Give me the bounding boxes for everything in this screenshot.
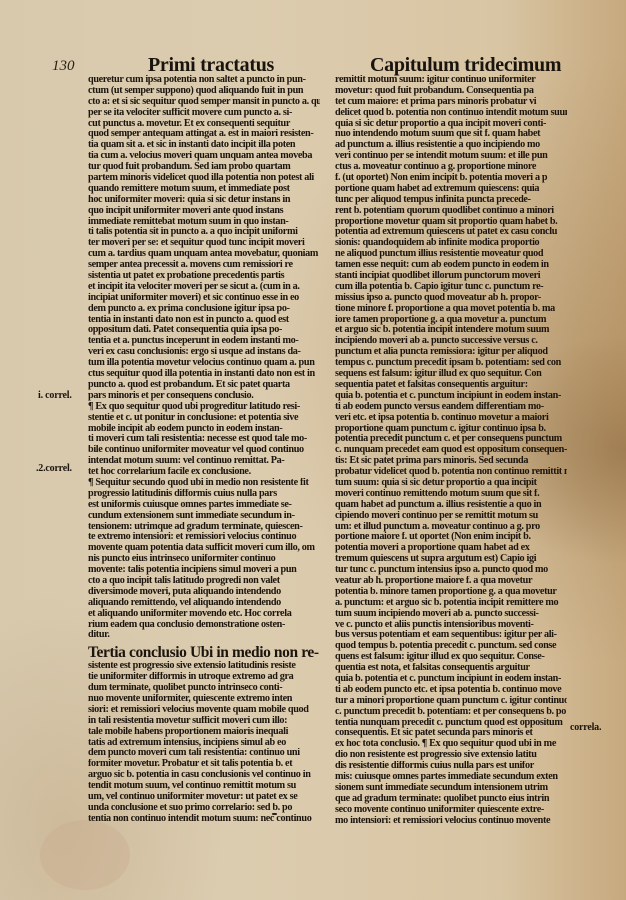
text-line: iore tamen proportione g. a qua movetur … xyxy=(335,315,567,326)
text-line: tur tunc c. punctum intensius ipso a. pu… xyxy=(335,565,567,576)
text-line: tale mobile habens proportionem maioris … xyxy=(88,727,320,738)
text-line: potentia precedit punctum c. et per cons… xyxy=(335,434,567,445)
text-line: dem puncto moveri cum tali resistentia: … xyxy=(88,748,320,759)
text-line: cum illa potentia b. Capio igitur tunc c… xyxy=(335,282,567,293)
text-line: tet hoc correlarium facile ex conclusion… xyxy=(88,467,320,478)
text-line: per se ita velociter sufficit movere cum… xyxy=(88,108,320,119)
text-line: tremum quiescens ut supra argutum est) C… xyxy=(335,554,567,565)
text-line: et arguo sic b. potentia incipit intende… xyxy=(335,325,567,336)
text-line: cum a. tardius quam unquam antea movebat… xyxy=(88,249,320,260)
text-line: aliquando remittendo, vel aliquando inte… xyxy=(88,598,320,609)
text-line: quia si sic detur proportio a qua incipi… xyxy=(335,119,567,130)
text-line: cundum extensionem sunt immediate secund… xyxy=(88,511,320,522)
right-text-column: remittit motum suum: igitur continuo uni… xyxy=(335,75,567,826)
text-line: stanti incipiat quodlibet illorum puncto… xyxy=(335,271,567,282)
text-line: tamen esse nequit: cum ab eodem puncto i… xyxy=(335,260,567,271)
text-line: tum suum incipiendo moveri ab a. puncto … xyxy=(335,609,567,620)
text-line: tensionem: utrimque ad gradum terminate,… xyxy=(88,522,320,533)
ink-speck xyxy=(272,813,277,815)
text-line: ter moveri per se: et sequitur quod tunc… xyxy=(88,238,320,249)
running-head-left: Primi tractatus xyxy=(148,54,274,77)
text-line: veri continuo per se intendit motum suum… xyxy=(335,151,567,162)
margin-note-second-corollary: .2.correl. xyxy=(36,463,72,474)
text-line: sequentia patet et falsitas consequentis… xyxy=(335,380,567,391)
text-line: et incipit ita velociter moveri per se s… xyxy=(88,282,320,293)
running-head-right: Capitulum tridecimum xyxy=(370,54,561,77)
text-line: um: et illud punctum a. moveatur continu… xyxy=(335,522,567,533)
text-line: c. punctum precedit b. potentiam: et per… xyxy=(335,707,567,718)
text-line: potentia b. minore tamen proportione g. … xyxy=(335,587,567,598)
text-line: mobile incipit ab eodem puncto in eodem … xyxy=(88,424,320,435)
text-line: tentia et a. punctus inceperunt in eodem… xyxy=(88,336,320,347)
margin-note-first-corollary: i. correl. xyxy=(38,390,72,401)
text-line: portione quam habet ad extremum quiescen… xyxy=(335,184,567,195)
text-line: ve c. puncto et aliis punctis intensiori… xyxy=(335,620,567,631)
text-line: nuo movente uniformiter, quiescente extr… xyxy=(88,694,320,705)
text-line: potentia moveri a proportione quam habet… xyxy=(335,543,567,554)
text-line: proportione quam punctum c. igitur conti… xyxy=(335,424,567,435)
text-line: tunc per aliquod tempus infinita puncta … xyxy=(335,195,567,206)
text-line: immediate remittebat motum suum in quo i… xyxy=(88,217,320,228)
text-line: c. nunquam precedet eam quod est opposit… xyxy=(335,445,567,456)
text-line: dio non resistente est progressio sive e… xyxy=(335,750,567,761)
text-line: tur quod fuit probandum. Sed iam probo q… xyxy=(88,162,320,173)
text-line: rium eadem qua conclusio demonstratione … xyxy=(88,620,320,631)
text-line: tentia non continuo intendit motum suum:… xyxy=(88,814,320,825)
text-line: portione maiore f. ut oportet (Non enim … xyxy=(335,532,567,543)
text-line: formiter movetur. Probatur et sit talis … xyxy=(88,759,320,770)
text-line: quia b. potentia et c. punctum incipiunt… xyxy=(335,391,567,402)
text-line: que ad gradum terminate: quolibet puncto… xyxy=(335,794,567,805)
text-line: ex hoc tota conclusio. ¶ Ex quo sequitur… xyxy=(335,739,567,750)
text-line: tur a minori proportione quam punctum c.… xyxy=(335,696,567,707)
text-line: quam habet ad punctum a. illius resisten… xyxy=(335,500,567,511)
text-line: moveri continuo remittendo motum suum qu… xyxy=(335,489,567,500)
text-line: seco movente continuo uniformiter quiesc… xyxy=(335,805,567,816)
text-line: tis: Et sic patet prima pars minoris. Se… xyxy=(335,456,567,467)
text-line: tentia nunquam precedit c. punctum quod … xyxy=(335,718,567,729)
text-line: tie uniformiter difformis in utroque ext… xyxy=(88,672,320,683)
text-line: cut punctus a. movetur. Et ex consequent… xyxy=(88,119,320,130)
text-line: sistentia ut patet ex probatione precede… xyxy=(88,271,320,282)
text-line: hoc uniformiter moveri: quia si sic detu… xyxy=(88,195,320,206)
text-line: ad punctum a. illius resistentie a quo i… xyxy=(335,140,567,151)
text-line: quentia est nota, et falsitas consequent… xyxy=(335,663,567,674)
text-line: est uniformis cuiusque omnes partes imme… xyxy=(88,500,320,511)
text-line: nuo intendendo motum suum que sit f. qua… xyxy=(335,129,567,140)
text-line: tempus c. punctum precedit ipsam b. pote… xyxy=(335,358,567,369)
paper-stain xyxy=(40,820,130,890)
text-line: quia b. potentia et c. punctum incipiunt… xyxy=(335,674,567,685)
text-line: ti ab eodem puncto etc. et ipsa potentia… xyxy=(335,685,567,696)
text-line: intendat motum suum: vel continuo remitt… xyxy=(88,456,320,467)
text-line: punctum et alia puncta remissiora: igitu… xyxy=(335,347,567,358)
text-line: ctum (ut semper suppono) quod aliquando … xyxy=(88,86,320,97)
text-line: veri etc. et ipsa potentia b. continuo m… xyxy=(335,413,567,424)
text-line: ti moveri cum tali resistentia: necesse … xyxy=(88,434,320,445)
text-line: sionem sunt immediate secundum intension… xyxy=(335,783,567,794)
text-line: incipiendo moveri ab a. puncto successiv… xyxy=(335,336,567,347)
text-line: cipiendo moveri continuo per se remittit… xyxy=(335,511,567,522)
text-line: nis puncto eius intrinseco uniformiter c… xyxy=(88,554,320,565)
text-line: ditur. xyxy=(88,630,320,641)
text-line: ti ab eodem puncto versus eandem differe… xyxy=(335,402,567,413)
text-line: um, vel continuo uniformiter movetur: ut… xyxy=(88,792,320,803)
text-line: partem minoris videlicet quod illa poten… xyxy=(88,173,320,184)
text-line: tum suum: quia si sic detur proportio a … xyxy=(335,478,567,489)
text-line: ctus sequitur quod illa potentia in inst… xyxy=(88,369,320,380)
text-line: stentie et c. ut ponitur in conclusione:… xyxy=(88,413,320,424)
text-line: siori: et remissiori velocius movente qu… xyxy=(88,705,320,716)
text-line: in tali resistentia movetur sufficit mov… xyxy=(88,716,320,727)
text-line: tione minore f. proportione a qua movet … xyxy=(335,304,567,315)
text-line: tia cum a. velocius moveri quam unquam a… xyxy=(88,151,320,162)
text-line: pars minoris et per consequens conclusio… xyxy=(88,391,320,402)
text-line: sionis: quandoquidem ab infinite modica … xyxy=(335,238,567,249)
conclusion-heading: Tertia conclusio Ubi in medio non re- xyxy=(88,644,320,661)
text-line: movetur: quod fuit probandum. Consequent… xyxy=(335,86,567,97)
book-page: 130 Primi tractatus Capitulum tridecimum… xyxy=(0,0,626,900)
text-line: f. (ut oportet) Non enim incipit b. pote… xyxy=(335,173,567,184)
text-line: movente quam potentia data sufficit move… xyxy=(88,543,320,554)
text-line: ctus a. moveatur continuo a g. proportio… xyxy=(335,162,567,173)
text-line: cto a: et si sic sequitur quod semper ma… xyxy=(88,97,320,108)
text-line: rent b. potentiam quorum quodlibet conti… xyxy=(335,206,567,217)
text-line: dum terminate, quolibet puncto intrinsec… xyxy=(88,683,320,694)
text-line: arguo sic b. potentia in casu conclusion… xyxy=(88,770,320,781)
text-line: ¶ Sequitur secundo quod ubi in medio non… xyxy=(88,478,320,489)
text-line: incipiat uniformiter moveri) et sic cont… xyxy=(88,293,320,304)
text-line: oppositum dati. Patet consequentia quia … xyxy=(88,325,320,336)
text-line: tet cum maiore: et prima pars minoris pr… xyxy=(335,97,567,108)
text-line: quod tempus b. potentia precedit c. punc… xyxy=(335,641,567,652)
text-line: progressio latitudinis difformis cuius n… xyxy=(88,489,320,500)
text-line: bus versus potentiam et eam sequentibus:… xyxy=(335,630,567,641)
text-line: tum illa potentia movetur velocius conti… xyxy=(88,358,320,369)
text-line: dem puncto a. ex prima conclusione igitu… xyxy=(88,304,320,315)
text-line: movente: talis potentia incipiens simul … xyxy=(88,565,320,576)
text-line: potentia ad extremum quiescens ut patet … xyxy=(335,227,567,238)
text-line: remittit motum suum: igitur continuo uni… xyxy=(335,75,567,86)
text-line: ti talis potentia sit in puncto a. a quo… xyxy=(88,227,320,238)
text-line: bile continuo uniformiter moveatur vel q… xyxy=(88,445,320,456)
text-line: tentia in instanti dato non est in punct… xyxy=(88,315,320,326)
text-line: veri ex casu conclusionis: ergo si usque… xyxy=(88,347,320,358)
text-line: cto a quo incipit talis latitudo progred… xyxy=(88,576,320,587)
text-line: missius ipso a. puncto quod moveatur ab … xyxy=(335,293,567,304)
text-line: quando remittere motum suum, et immediat… xyxy=(88,184,320,195)
text-line: dis resistentie difformis cuius nulla pa… xyxy=(335,761,567,772)
text-line: consequentis. Et sic patet secunda pars … xyxy=(335,728,567,739)
text-line: queretur cum ipsa potentia non saltet a … xyxy=(88,75,320,86)
text-line: te extremo intensiori: et remissiori vel… xyxy=(88,532,320,543)
text-line: ne aliquod punctum illius resistentie mo… xyxy=(335,249,567,260)
text-line: proportione movetur quam sit proportio q… xyxy=(335,217,567,228)
text-line: diversimode moveri, puta aliquando inten… xyxy=(88,587,320,598)
text-line: ¶ Ex quo sequitur quod ubi progreditur l… xyxy=(88,402,320,413)
text-line: semper antea precessit a. movens cum rem… xyxy=(88,260,320,271)
text-line: puncto a. quod est probandum. Et sic pat… xyxy=(88,380,320,391)
text-line: et aliquando uniformiter movendo etc. Ho… xyxy=(88,609,320,620)
text-line: probatur videlicet quod b. potentia non … xyxy=(335,467,567,478)
text-line: tendit motum suum, vel continuo remittit… xyxy=(88,781,320,792)
page-number: 130 xyxy=(52,58,75,75)
margin-note-right-corollary: correla. xyxy=(570,722,601,733)
text-line: tia quam sit a. et sic in instanti dato … xyxy=(88,140,320,151)
text-line: delicet quod b. potentia non continuo in… xyxy=(335,108,567,119)
text-line: quens est falsum: igitur illud ex quo se… xyxy=(335,652,567,663)
text-line: tatis ad extremum intensius, incipiens s… xyxy=(88,738,320,749)
text-line: mo intensiori: et remissiori velocius co… xyxy=(335,816,567,827)
text-line: sistente est progressio sive extensio la… xyxy=(88,661,320,672)
text-line: unda conclusione et suo primo correlario… xyxy=(88,803,320,814)
left-text-column: queretur cum ipsa potentia non saltet a … xyxy=(88,75,320,825)
text-line: sequens est falsum: igitur illud ex quo … xyxy=(335,369,567,380)
text-line: veatur ab h. proportione maiore f. a qua… xyxy=(335,576,567,587)
text-line: quo incipit uniformiter moveri ante quod… xyxy=(88,206,320,217)
text-line: mis: cuiusque omnes partes immediate sec… xyxy=(335,772,567,783)
text-line: quod semper antequam attingat a. est in … xyxy=(88,129,320,140)
text-line: a. punctum: et arguo sic b. potentia inc… xyxy=(335,598,567,609)
